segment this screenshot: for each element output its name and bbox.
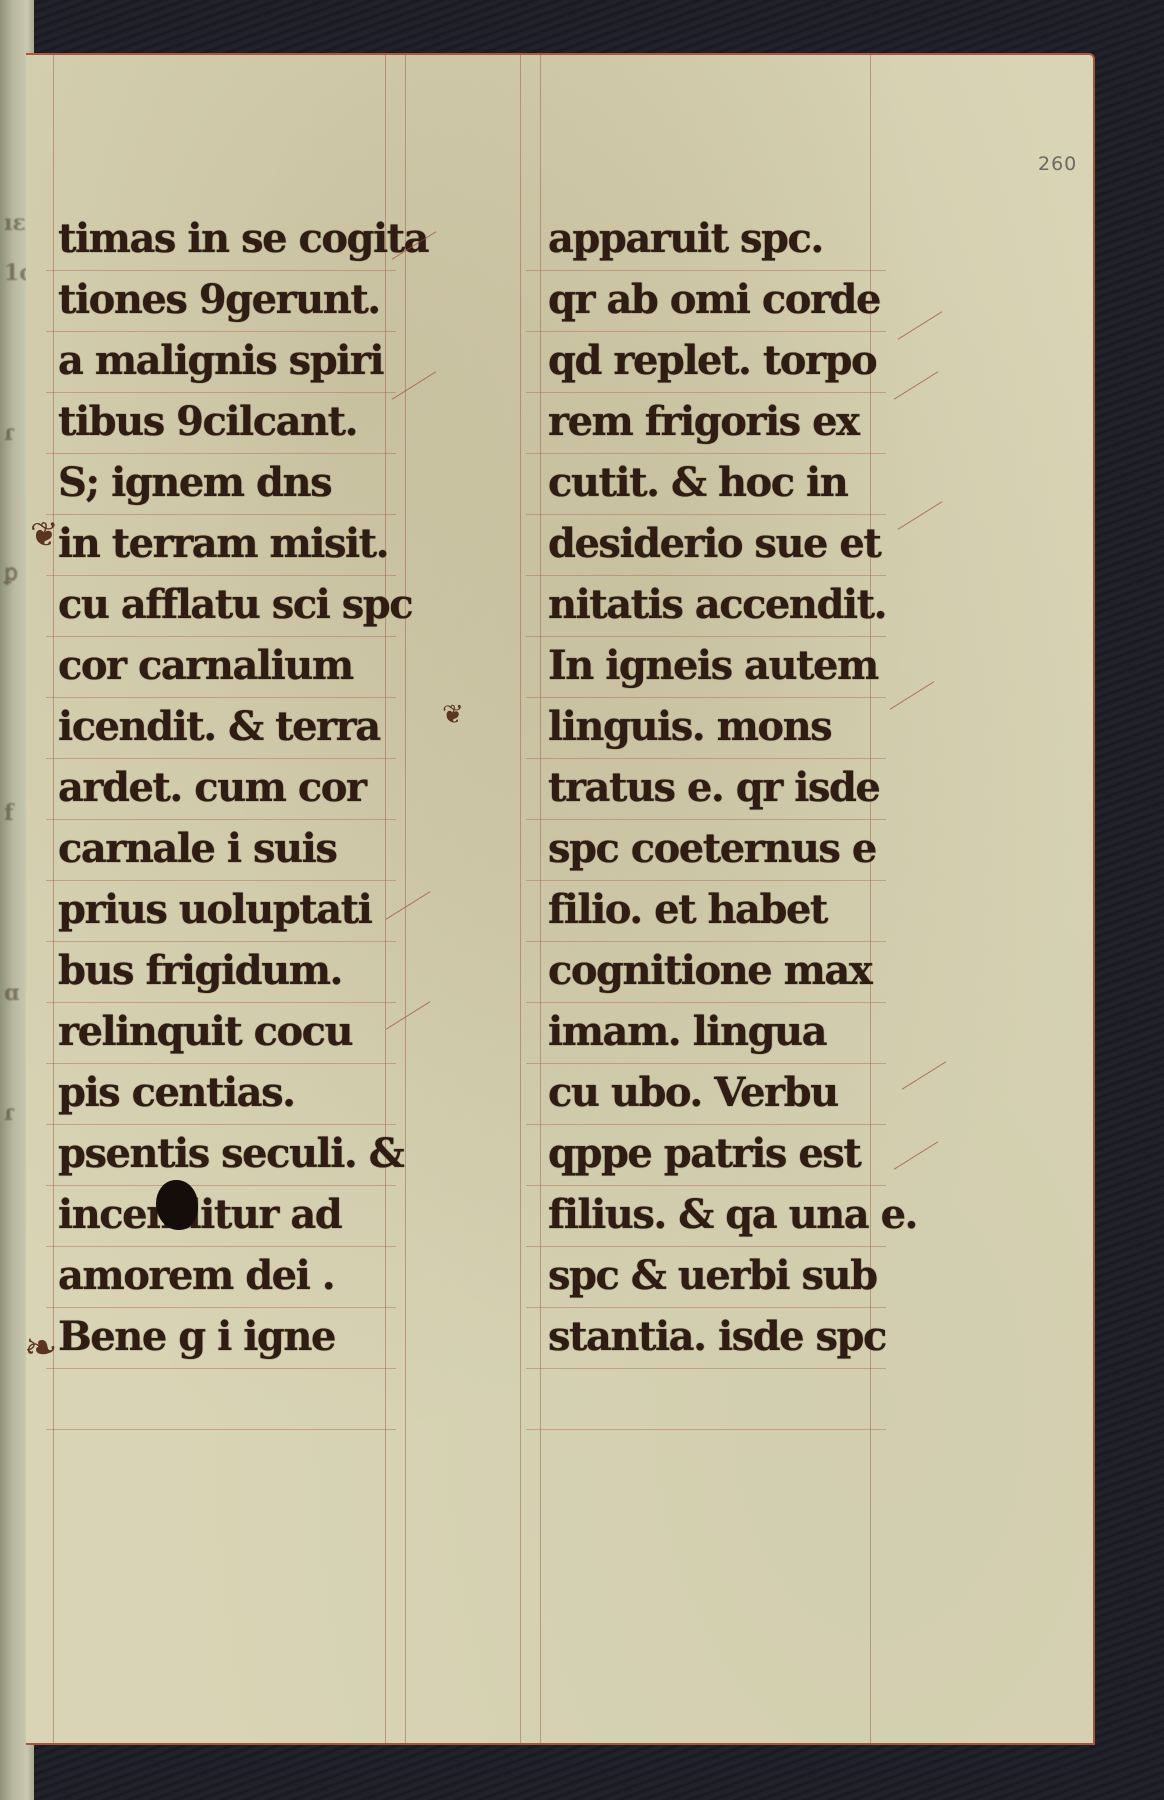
text-line: stantia. isde spc — [548, 1313, 886, 1361]
text-line: a malignis spiri — [58, 337, 383, 385]
ruling-line — [46, 331, 396, 332]
ghost-text: ꝑ — [4, 560, 18, 586]
ruling-line — [46, 575, 396, 576]
ruling-line — [526, 1246, 886, 1247]
text-line: qr ab omi corde — [548, 276, 880, 324]
text-line: S; ignem dns — [58, 459, 331, 507]
ruling-line — [46, 453, 396, 454]
text-line: imam. lingua — [548, 1008, 826, 1056]
margin-mark — [902, 1061, 947, 1089]
ruling-line — [46, 1307, 396, 1308]
ruling-line — [526, 1063, 886, 1064]
text-line: tibus 9cilcant. — [58, 398, 357, 446]
margin-mark — [894, 1141, 939, 1169]
ruling-line — [46, 758, 396, 759]
text-line: cu ubo. Verbu — [548, 1069, 838, 1117]
ruling-line — [46, 1124, 396, 1125]
initial-flourish-icon: ❦ — [30, 515, 59, 555]
ruling-line — [526, 880, 886, 881]
ruling-line — [46, 636, 396, 637]
ruling-line — [526, 697, 886, 698]
text-line: pis centias. — [58, 1069, 295, 1117]
ruling-line — [526, 1429, 886, 1430]
text-line: linguis. mons — [548, 703, 831, 751]
text-line: apparuit spc. — [548, 215, 823, 263]
text-line: rem frigoris ex — [548, 398, 858, 446]
text-line: psentis seculi. & — [58, 1130, 403, 1178]
ruling-line — [46, 1185, 396, 1186]
text-line: in terram misit. — [58, 520, 388, 568]
ruling-line — [46, 880, 396, 881]
ruling-line — [46, 1368, 396, 1369]
ruling-line — [46, 1002, 396, 1003]
ruling-line — [540, 55, 541, 1743]
text-line: cu afflatu sci spc — [58, 581, 412, 629]
text-line: filio. et habet — [548, 886, 827, 934]
text-line: cor carnalium — [58, 642, 353, 690]
ghost-text: f — [4, 800, 13, 826]
ruling-line — [46, 697, 396, 698]
ghost-text: ɾ — [4, 1100, 14, 1126]
text-line: Bene g i igne — [58, 1313, 335, 1361]
text-line: qppe patris est — [548, 1130, 860, 1178]
text-line: In igneis autem — [548, 642, 878, 690]
ruling-line — [46, 941, 396, 942]
ruling-line — [526, 941, 886, 942]
margin-mark — [890, 681, 935, 709]
ruling-line — [526, 1368, 886, 1369]
ruling-line — [46, 392, 396, 393]
text-line: filius. & qa una e. — [548, 1191, 917, 1239]
initial-flourish-icon: ❦ — [442, 700, 464, 730]
text-line: cutit. & hoc in — [548, 459, 847, 507]
text-line: qd replet. torpo — [548, 337, 876, 385]
ruling-line — [385, 55, 386, 1743]
text-line: spc & uerbi sub — [548, 1252, 877, 1300]
ruling-line — [526, 392, 886, 393]
text-line: spc coeternus e — [548, 825, 876, 873]
ruling-line — [526, 1307, 886, 1308]
ruling-line — [526, 270, 886, 271]
ruling-line — [526, 819, 886, 820]
ruling-line — [53, 55, 54, 1743]
ruling-line — [526, 331, 886, 332]
text-line: incenditur ad — [58, 1191, 341, 1239]
ruling-line — [526, 758, 886, 759]
manuscript-page: 260 timas in se cogita tiones 9gerunt. a… — [26, 53, 1095, 1745]
ruling-line — [526, 575, 886, 576]
ruling-line — [526, 636, 886, 637]
text-line: relinquit cocu — [58, 1008, 352, 1056]
ink-stain — [156, 1180, 198, 1230]
text-line: tratus e. qr isde — [548, 764, 879, 812]
text-line: carnale i suis — [58, 825, 336, 873]
ruling-line — [46, 270, 396, 271]
text-line: icendit. & terra — [58, 703, 380, 751]
initial-flourish-icon: ❧ — [24, 1325, 58, 1371]
text-line: bus frigidum. — [58, 947, 342, 995]
margin-mark — [894, 371, 939, 399]
ruling-line — [520, 55, 521, 1743]
ghost-text: ıε — [4, 210, 26, 236]
ruling-line — [526, 514, 886, 515]
ruling-line — [46, 1429, 396, 1430]
ruling-line — [526, 1185, 886, 1186]
ruling-line — [46, 1246, 396, 1247]
text-line: desiderio sue et — [548, 520, 880, 568]
text-line: prius uoluptati — [58, 886, 371, 934]
margin-mark — [898, 311, 943, 339]
ruling-line — [46, 1063, 396, 1064]
text-line: cognitione max — [548, 947, 871, 995]
margin-mark — [898, 501, 943, 529]
text-line: tiones 9gerunt. — [58, 276, 380, 324]
ghost-text: ɾ — [4, 420, 14, 446]
ruling-line — [526, 1124, 886, 1125]
ruling-line — [526, 1002, 886, 1003]
ruling-line — [526, 453, 886, 454]
ruling-line — [405, 55, 406, 1743]
folio-number: 260 — [1038, 153, 1077, 175]
margin-mark — [386, 1001, 431, 1029]
text-line: timas in se cogita — [58, 215, 428, 263]
margin-mark — [392, 371, 437, 399]
text-line: ardet. cum cor — [58, 764, 366, 812]
ruling-line — [46, 514, 396, 515]
margin-mark — [386, 891, 431, 919]
text-line: nitatis accendit. — [548, 581, 886, 629]
text-line: amorem dei . — [58, 1252, 334, 1300]
ghost-text: ɑ — [4, 980, 19, 1006]
ruling-line — [46, 819, 396, 820]
